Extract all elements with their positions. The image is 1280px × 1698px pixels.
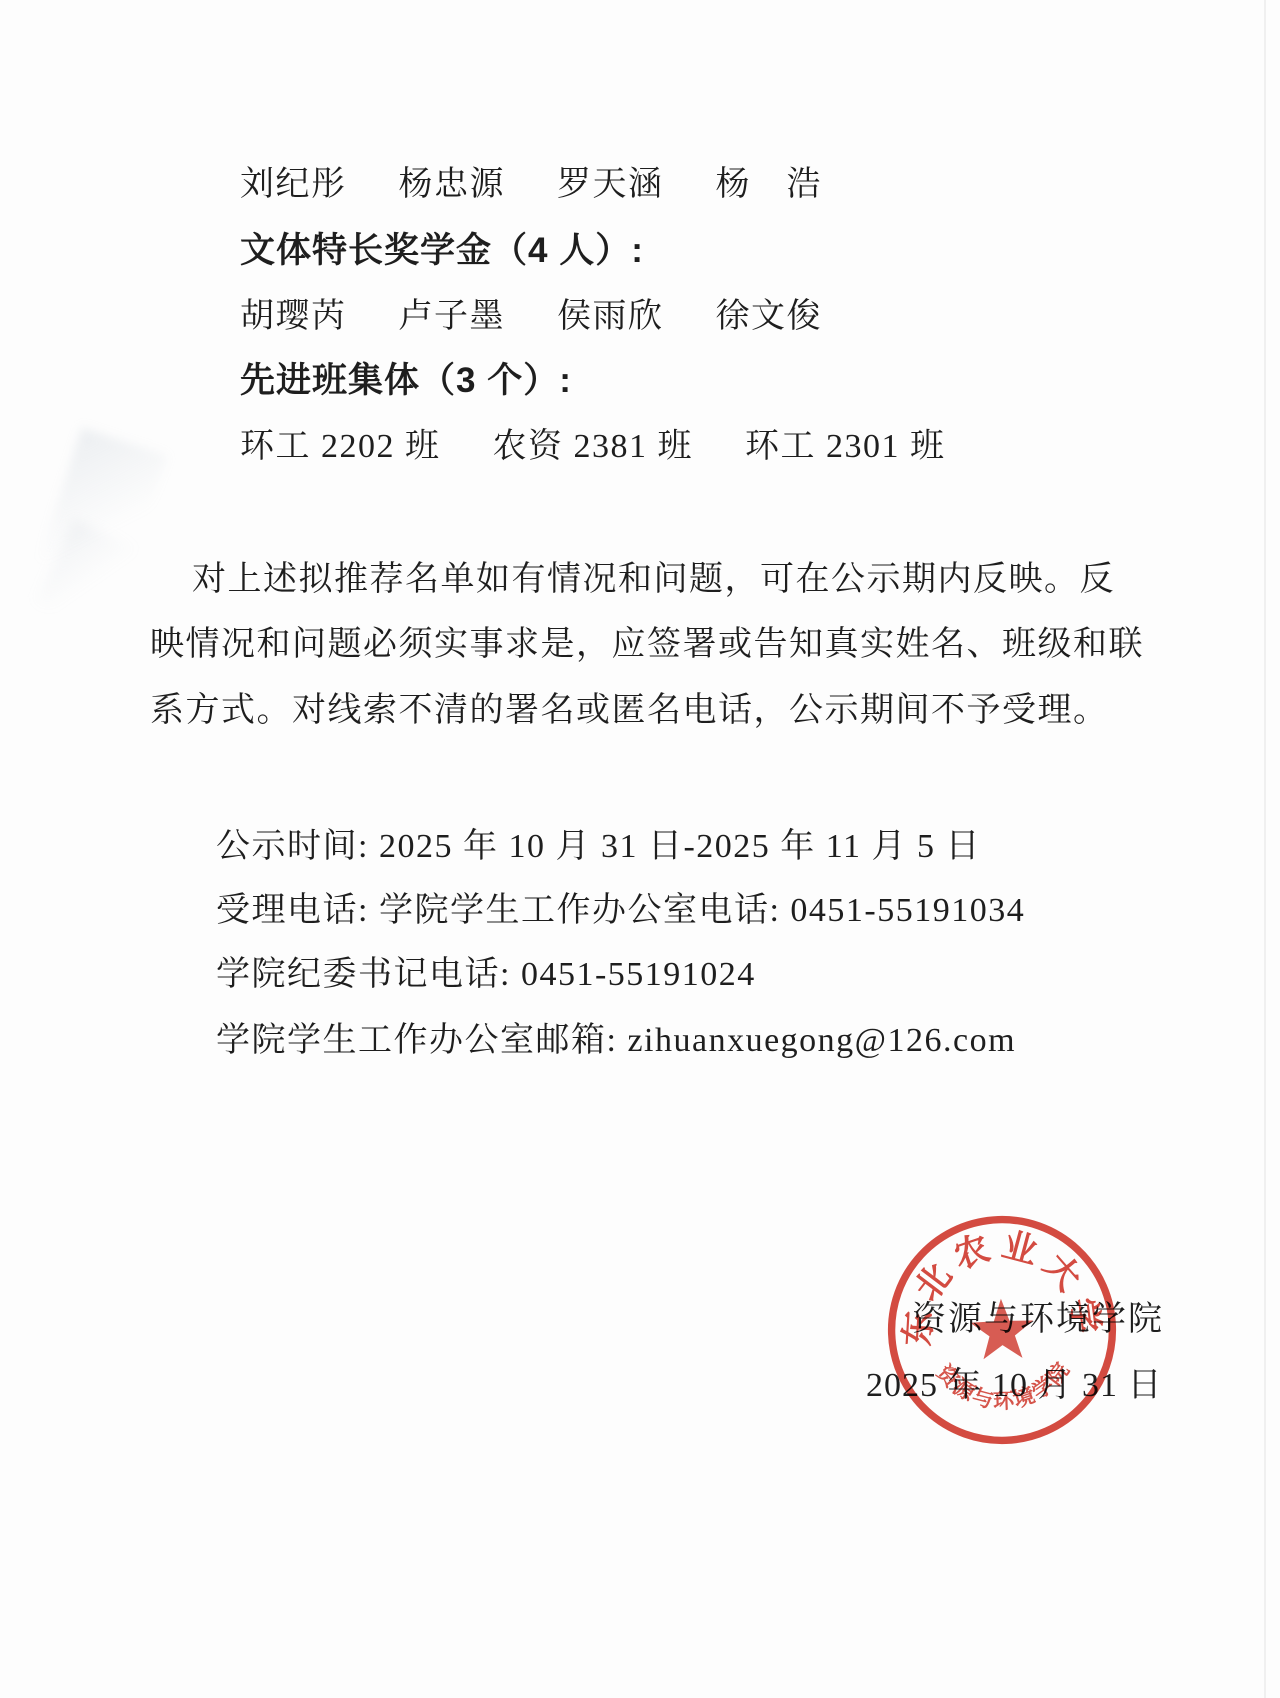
office-email-line: 学院学生工作办公室邮箱: zihuanxuegong@126.com [216, 1022, 1016, 1060]
list-item: 杨忠源 [399, 166, 506, 204]
list-item: 环工 2301 班 [745, 428, 946, 466]
list-item: 杨 浩 [716, 166, 823, 204]
advanced-class-heading: 先进班集体（3 个）: [240, 362, 572, 400]
list-item: 环工 2202 班 [240, 428, 441, 466]
list-item: 罗天涵 [557, 166, 664, 204]
scan-edge-shadow [1264, 0, 1266, 1698]
list-item: 胡璎芮 [240, 298, 347, 336]
scanned-notice-page: 刘纪彤杨忠源罗天涵杨 浩 文体特长奖学金（4 人）: 胡璎芮卢子墨侯雨欣徐文俊 … [0, 0, 1280, 1698]
list-item: 卢子墨 [399, 298, 506, 336]
list-item: 侯雨欣 [557, 298, 664, 336]
notice-paragraph-line-1: 对上述拟推荐名单如有情况和问题，可在公示期内反映。反 [192, 561, 1115, 599]
secretary-phone-line: 学院纪委书记电话: 0451-55191024 [216, 956, 756, 994]
publicity-period-line: 公示时间: 2025 年 10 月 31 日-2025 年 11 月 5 日 [216, 828, 981, 866]
list-item: 刘纪彤 [240, 166, 347, 204]
list-item: 徐文俊 [716, 298, 823, 336]
list-item: 农资 2381 班 [493, 428, 694, 466]
arts-scholarship-heading: 文体特长奖学金（4 人）: [240, 232, 644, 270]
seal-star-icon [969, 1298, 1034, 1360]
notice-paragraph-line-2: 映情况和问题必须实事求是，应签署或告知真实姓名、班级和联 [150, 626, 1144, 664]
seal-college-text: 资源与环境学院 [931, 1355, 1076, 1415]
official-seal-stamp: 东北农业大学 资源与环境学院 [859, 1187, 1144, 1472]
arts-scholarship-names-row: 胡璎芮卢子墨侯雨欣徐文俊 [240, 298, 822, 336]
scholarship-names-row-1: 刘纪彤杨忠源罗天涵杨 浩 [240, 166, 822, 204]
accept-phone-line: 受理电话: 学院学生工作办公室电话: 0451-55191034 [216, 892, 1025, 930]
notice-paragraph-line-3: 系方式。对线索不清的署名或匿名电话，公示期间不予受理。 [150, 692, 1109, 730]
advanced-classes-row: 环工 2202 班农资 2381 班环工 2301 班 [240, 428, 946, 466]
